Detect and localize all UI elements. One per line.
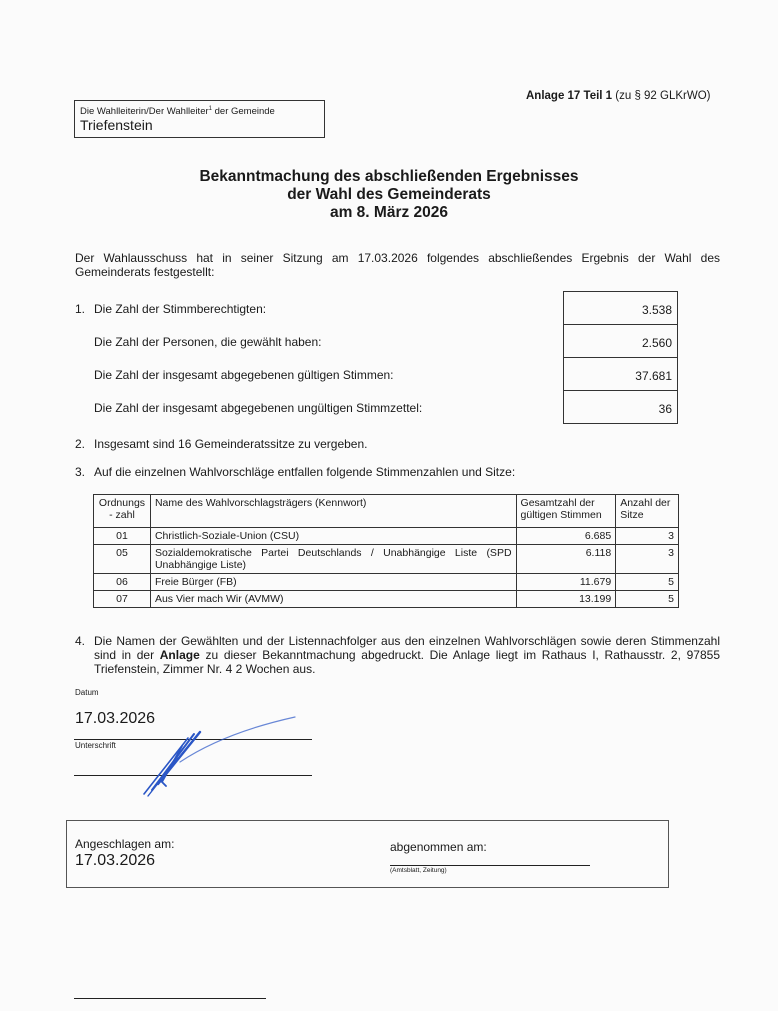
posted-date: 17.03.2026 (75, 852, 155, 870)
order-number: 07 (94, 591, 151, 608)
section1-item-invalid: Die Zahl der insgesamt abgegebenen ungül… (94, 401, 422, 415)
posted-label: Angeschlagen am: (75, 837, 174, 851)
title-line-2: der Wahl des Gemeinderats (150, 186, 628, 204)
party-seats: 5 (616, 574, 679, 591)
section2-number: 2. (75, 437, 85, 451)
section2-text: Insgesamt sind 16 Gemeinderatssitze zu v… (94, 437, 367, 451)
election-leader-label: Die Wahlleiterin/Der Wahlleiter1 der Gem… (80, 104, 324, 117)
party-seats: 3 (616, 545, 679, 574)
section3-text: Auf die einzelnen Wahlvorschläge entfall… (94, 465, 515, 479)
intro-paragraph: Der Wahlausschuss hat in seiner Sitzung … (75, 251, 720, 279)
municipality-name: Triefenstein (80, 117, 324, 133)
results-header-row: Ordnungs - zahl Name des Wahlvorschlagst… (94, 495, 679, 528)
section4-number: 4. (75, 634, 85, 648)
handwritten-signature-icon (130, 712, 305, 802)
party-votes: 6.685 (516, 528, 616, 545)
header-valid-votes: Gesamtzahl der gültigen Stimmen (516, 495, 616, 528)
section1-item-eligible: 1. Die Zahl der Stimmberechtigten: (94, 302, 266, 316)
page-title: Bekanntmachung des abschließenden Ergebn… (150, 168, 628, 222)
table-row: 06 Freie Bürger (FB) 11.679 5 (94, 574, 679, 591)
section4: 4. Die Namen der Gewählten und der Liste… (94, 634, 720, 676)
eligible-voters-label: Die Zahl der Stimmberechtigten: (94, 302, 266, 316)
results-table: Ordnungs - zahl Name des Wahlvorschlagst… (93, 494, 679, 608)
section3: 3. Auf die einzelnen Wahlvorschläge entf… (94, 465, 515, 479)
section2: 2. Insgesamt sind 16 Gemeinderatssitze z… (94, 437, 367, 451)
table-row: 01 Christlich-Soziale-Union (CSU) 6.685 … (94, 528, 679, 545)
voters-value: 2.560 (564, 325, 677, 358)
section1-item-valid: Die Zahl der insgesamt abgegebenen gülti… (94, 368, 394, 382)
footnote-separator (74, 998, 266, 999)
leader-title: Die Wahlleiterin/Der Wahlleiter (80, 106, 209, 117)
section3-number: 3. (75, 465, 85, 479)
title-line-1: Bekanntmachung des abschließenden Ergebn… (150, 168, 628, 186)
party-name: Christlich-Soziale-Union (CSU) (150, 528, 516, 545)
party-name: Aus Vier mach Wir (AVMW) (150, 591, 516, 608)
annex-number: Anlage 17 Teil 1 (526, 90, 612, 102)
section4-annex-word: Anlage (160, 648, 200, 662)
election-leader-box: Die Wahlleiterin/Der Wahlleiter1 der Gem… (74, 100, 325, 138)
party-votes: 6.118 (516, 545, 616, 574)
voters-label: Die Zahl der Personen, die gewählt haben… (94, 335, 321, 349)
date-label: Datum (75, 688, 99, 697)
header-seats: Anzahl der Sitze (616, 495, 679, 528)
order-number: 06 (94, 574, 151, 591)
posting-box (66, 820, 669, 888)
signature-label: Unterschrift (75, 741, 116, 750)
removed-date-line (390, 865, 590, 866)
table-row: 07 Aus Vier mach Wir (AVMW) 13.199 5 (94, 591, 679, 608)
party-votes: 13.199 (516, 591, 616, 608)
invalid-ballots-value: 36 (564, 391, 677, 424)
eligible-voters-value: 3.538 (564, 292, 677, 325)
leader-suffix: der Gemeinde (212, 106, 275, 117)
header-order-number: Ordnungs - zahl (94, 495, 151, 528)
header-party-name: Name des Wahlvorschlagsträgers (Kennwort… (150, 495, 516, 528)
party-name: Freie Bürger (FB) (150, 574, 516, 591)
invalid-ballots-label: Die Zahl der insgesamt abgegebenen ungül… (94, 401, 422, 415)
party-seats: 3 (616, 528, 679, 545)
table-row: 05 Sozialdemokratische Partei Deutschlan… (94, 545, 679, 574)
section1-item-voted: Die Zahl der Personen, die gewählt haben… (94, 335, 321, 349)
party-votes: 11.679 (516, 574, 616, 591)
section1-values-box: 3.538 2.560 37.681 36 (563, 291, 678, 424)
removed-note: (Amtsblatt, Zeitung) (390, 867, 447, 874)
removed-label: abgenommen am: (390, 840, 487, 854)
order-number: 01 (94, 528, 151, 545)
party-name: Sozialdemokratische Partei Deutschlands … (150, 545, 516, 574)
annex-legal-ref: (zu § 92 GLKrWO) (612, 90, 710, 102)
annex-reference: Anlage 17 Teil 1 (zu § 92 GLKrWO) (526, 90, 711, 102)
valid-votes-value: 37.681 (564, 358, 677, 391)
title-line-3: am 8. März 2026 (150, 204, 628, 222)
valid-votes-label: Die Zahl der insgesamt abgegebenen gülti… (94, 368, 394, 382)
party-seats: 5 (616, 591, 679, 608)
section1-number: 1. (75, 302, 85, 316)
order-number: 05 (94, 545, 151, 574)
